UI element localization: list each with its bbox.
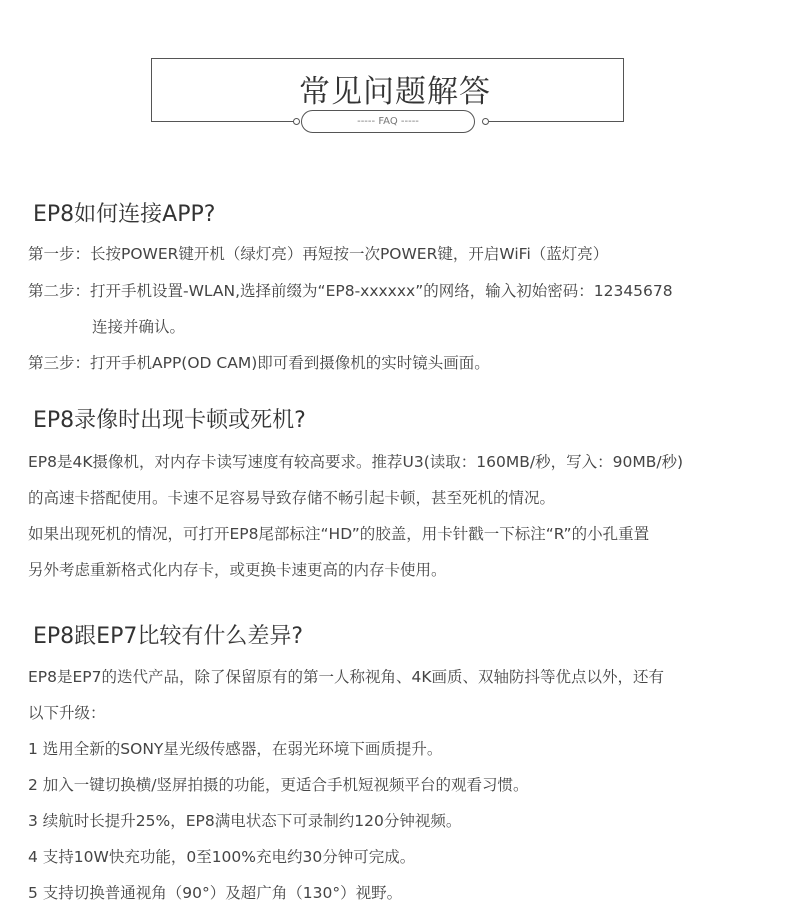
faq-1-line: 连接并确认。 [92, 315, 185, 337]
faq-3-line: 以下升级： [28, 701, 106, 723]
faq-3-line: 1 选用全新的SONY星光级传感器，在弱光环境下画质提升。 [28, 737, 442, 759]
faq-1-line: 第一步：长按POWER键开机（绿灯亮）再短按一次POWER键，开启WiFi（蓝灯… [28, 242, 608, 264]
connector-dot-left [293, 118, 300, 125]
connector-dot-right [482, 118, 489, 125]
faq-question-1: EP8如何连接APP? [33, 197, 215, 228]
faq-3-line: 4 支持10W快充功能，0至100%充电约30分钟可完成。 [28, 845, 415, 867]
faq-3-line: 3 续航时长提升25%，EP8满电状态下可录制约120分钟视频。 [28, 809, 461, 831]
faq-3-line: EP8是EP7的迭代产品，除了保留原有的第一人称视角、4K画质、双轴防抖等优点以… [28, 665, 664, 687]
faq-2-line: 如果出现死机的情况，可打开EP8尾部标注“HD”的胶盖，用卡针戳一下标注“R”的… [28, 522, 649, 544]
divider-line-right [489, 121, 624, 122]
faq-1-line: 第二步：打开手机设置-WLAN,选择前缀为“EP8-xxxxxx”的网络，输入初… [28, 279, 673, 301]
faq-3-line: 5 支持切换普通视角（90°）及超广角（130°）视野。 [28, 881, 402, 903]
faq-question-3: EP8跟EP7比较有什么差异? [33, 619, 303, 650]
faq-3-line: 2 加入一键切换横/竖屏拍摄的功能，更适合手机短视频平台的观看习惯。 [28, 773, 529, 795]
faq-subtitle-pill: ----- FAQ ----- [301, 110, 475, 133]
faq-2-line: 的高速卡搭配使用。卡速不足容易导致存储不畅引起卡顿，甚至死机的情况。 [28, 486, 555, 508]
divider-line-left [151, 121, 297, 122]
page-title: 常见问题解答 [0, 66, 790, 111]
faq-1-line: 第三步：打开手机APP(OD CAM)即可看到摄像机的实时镜头画面。 [28, 351, 490, 373]
faq-2-line: 另外考虑重新格式化内存卡，或更换卡速更高的内存卡使用。 [28, 558, 447, 580]
faq-2-line: EP8是4K摄像机，对内存卡读写速度有较高要求。推荐U3(读取：160MB/秒，… [28, 450, 683, 472]
faq-question-2: EP8录像时出现卡顿或死机? [33, 403, 306, 434]
